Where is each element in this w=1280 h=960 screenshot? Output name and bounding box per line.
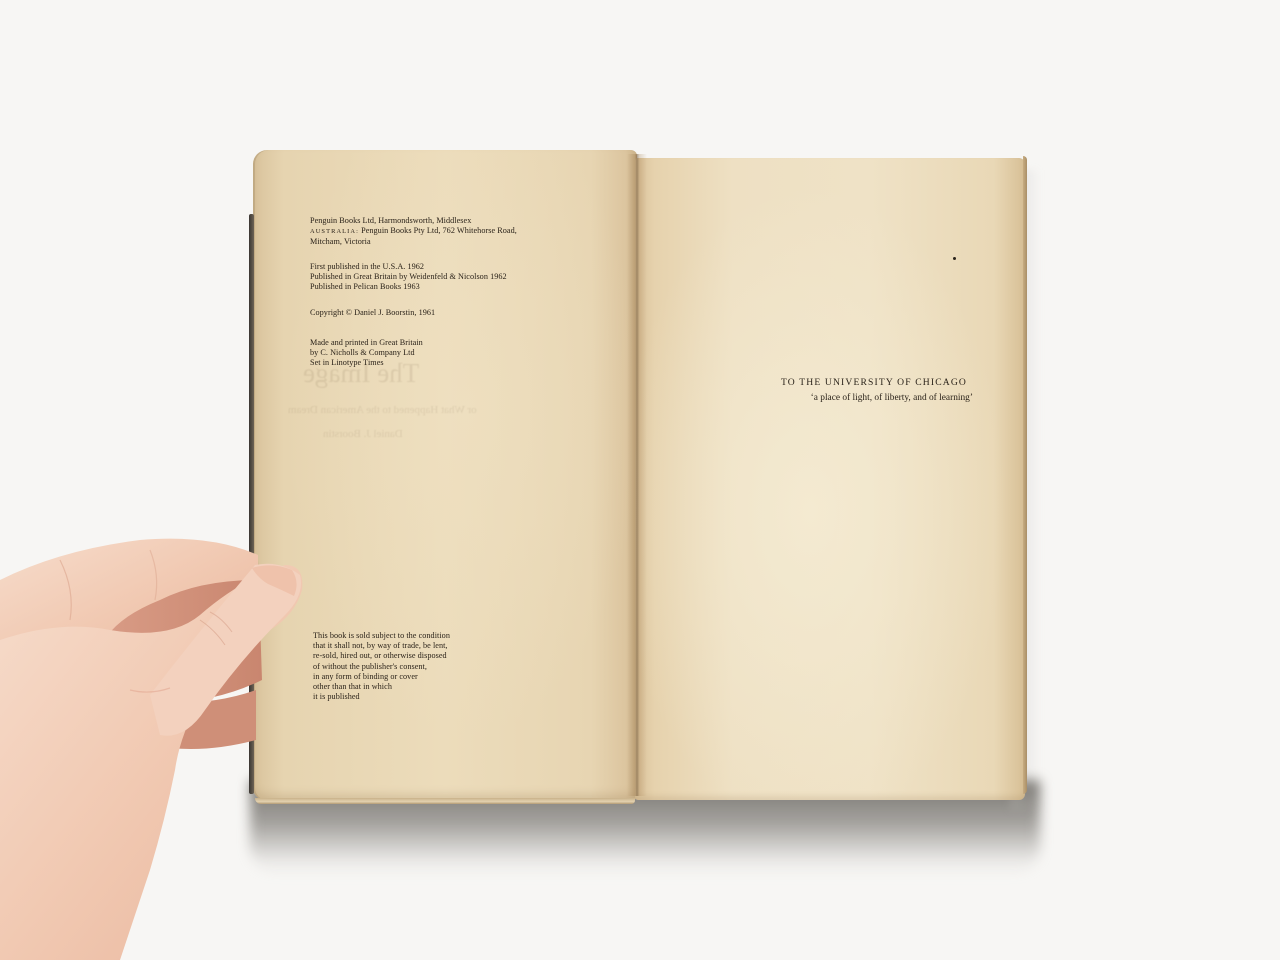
publisher-line: Penguin Books Ltd, Harmondsworth, Middle… (310, 216, 517, 226)
publisher-australia-line: AUSTRALIA: Penguin Books Pty Ltd, 762 Wh… (310, 226, 517, 237)
condition-line: that it shall not, by way of trade, be l… (313, 641, 450, 651)
history-line: Published in Pelican Books 1963 (310, 282, 507, 292)
open-book: The Image or What Happened to the Americ… (253, 150, 1025, 800)
history-line: Published in Great Britain by Weidenfeld… (310, 272, 507, 282)
hand-holding-book (0, 520, 320, 960)
publication-history: First published in the U.S.A. 1962 Publi… (310, 262, 507, 293)
condition-line: re-sold, hired out, or otherwise dispose… (313, 651, 450, 661)
publisher-block: Penguin Books Ltd, Harmondsworth, Middle… (310, 216, 517, 248)
copyright-notice: Copyright © Daniel J. Boorstin, 1961 (310, 308, 435, 318)
printer-line: Made and printed in Great Britain (310, 338, 423, 348)
right-page-edge (1023, 156, 1027, 794)
dedication-quote: ‘a place of light, of liberty, and of le… (811, 393, 973, 403)
show-through-author: Daniel J. Boorstin (323, 428, 403, 440)
condition-line: it is published (313, 692, 450, 702)
publisher-line: Mitcham, Victoria (310, 237, 517, 247)
history-line: First published in the U.S.A. 1962 (310, 262, 507, 272)
dedication-title: TO THE UNIVERSITY OF CHICAGO (781, 377, 967, 388)
copyright-line: Copyright © Daniel J. Boorstin, 1961 (310, 308, 435, 318)
condition-line: This book is sold subject to the conditi… (313, 631, 450, 641)
condition-line: other than that in which (313, 682, 450, 692)
printer-block: Made and printed in Great Britain by C. … (310, 338, 423, 369)
condition-line: of without the publisher's consent, (313, 662, 450, 672)
printer-line: by C. Nicholls & Company Ltd (310, 348, 423, 358)
sale-conditions: This book is sold subject to the conditi… (313, 631, 450, 702)
australia-label: AUSTRALIA: (310, 228, 359, 235)
show-through-subtitle: or What Happened to the American Dream (288, 404, 477, 416)
printer-line: Set in Linotype Times (310, 358, 423, 368)
australia-address: Penguin Books Pty Ltd, 762 Whitehorse Ro… (359, 226, 517, 235)
condition-line: in any form of binding or cover (313, 672, 450, 682)
right-page-dedication: TO THE UNIVERSITY OF CHICAGO ‘a place of… (635, 158, 1025, 800)
paper-speck (953, 257, 956, 260)
